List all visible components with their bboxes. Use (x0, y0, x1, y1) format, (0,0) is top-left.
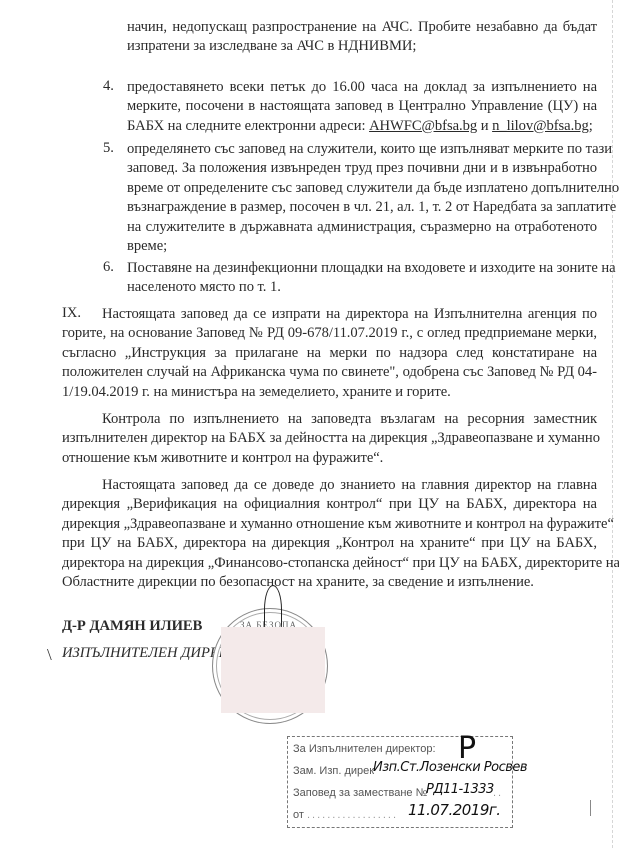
dotted-fill: .. (493, 787, 503, 799)
text-line: Областните дирекции по безопасност на хр… (62, 573, 597, 592)
section-ix-body: горите, на основание Заповед № РД 09-678… (62, 324, 597, 402)
dotted-fill: .................. (307, 809, 398, 821)
margin-mark (590, 800, 591, 816)
text-line: изпълнителен директор на БАБХ за дейност… (62, 429, 597, 448)
text-fragment: ; (589, 118, 593, 134)
text-fragment: и (477, 118, 492, 134)
item-3-continuation: начин, недопускащ разпространение на АЧС… (127, 18, 597, 57)
box-row-1: За Изпълнителен директор: (293, 743, 436, 755)
box-label: Зам. Изп. дирек (293, 765, 374, 777)
list-number-6: 6. (103, 259, 114, 276)
box-label: от (293, 809, 304, 821)
text-line: Настоящата заповед да се доведе до знани… (62, 476, 597, 495)
text-line: време от определените със заповед служит… (127, 179, 597, 198)
control-paragraph: Контрола по изпълнението на заповедта въ… (62, 410, 597, 468)
text-line: време; (127, 237, 597, 256)
text-line: отношение към животните и контрол на фур… (62, 449, 597, 468)
email-link-ahwfc[interactable]: AHWFC@bfsa.bg (369, 118, 477, 134)
box-row-2: Зам. Изп. дирек (293, 765, 374, 777)
text-line: горите, на основание Заповед № РД 09-678… (62, 324, 597, 343)
text-line: изпратени за изследване за АЧС в НДНИВМИ… (127, 37, 597, 56)
box-row-3: Заповед за заместване № (293, 787, 427, 799)
text-line: мерките, посочени в настоящата заповед в… (127, 97, 597, 116)
text-line: Поставяне на дезинфекционни площадки на … (127, 259, 597, 278)
text-line: директора на дирекция „Финансово-стопанс… (62, 554, 597, 573)
email-link-n-lilov[interactable]: n_lilov@bfsa.bg (492, 118, 589, 134)
text-line: при ЦУ на БАБХ, директора на дирекция „К… (62, 534, 597, 553)
scan-edge-line (612, 0, 613, 850)
box-label: За Изпълнителен директор: (293, 743, 436, 755)
section-ix-first-line: Настоящата заповед да се изпрати на дире… (102, 305, 597, 324)
text-line: дирекция „Здравеопазване и хуманно отнош… (62, 515, 597, 534)
text-line: съгласно „Инструкция за прилагане на мер… (62, 344, 597, 363)
text-fragment: БАБХ на следните електронни адреси: (127, 118, 369, 134)
text-line: определянето със заповед на служители, к… (127, 140, 597, 159)
text-line: предоставянето всеки петък до 16.00 часа… (127, 78, 597, 97)
handwritten-date: 11.07.2019г. (408, 801, 501, 819)
list-number-4: 4. (103, 78, 114, 95)
document-page: начин, недопускащ разпространение на АЧС… (0, 0, 619, 850)
signatory-name: Д-Р ДАМЯН ИЛИЕВ (62, 618, 202, 635)
text-line: населеното място по т. 1. (127, 278, 597, 297)
text-line: на служителите в държавната администраци… (127, 218, 597, 237)
pen-mark: \ (47, 645, 52, 665)
substitution-stamp-box: За Изпълнителен директор: P Зам. Изп. ди… (287, 736, 513, 828)
section-numeral-ix: IX. (62, 305, 81, 322)
list-item-4: предоставянето всеки петък до 16.00 часа… (127, 78, 597, 136)
signatory-title: ИЗПЪЛНИТЕЛЕН ДИРЕК (62, 645, 229, 662)
text-line: Настоящата заповед да се изпрати на дире… (102, 305, 597, 324)
handwritten-order-number: РД11-1333 (426, 782, 494, 797)
text-line: БАБХ на следните електронни адреси: AHWF… (127, 117, 597, 136)
text-line: положителен случай на Африканска чума по… (62, 363, 597, 382)
box-row-4: от .................. (293, 809, 398, 821)
list-item-5: определянето със заповед на служители, к… (127, 140, 597, 256)
box-dots: .. (493, 787, 503, 799)
text-line: дирекция „Верификация на официалния конт… (62, 495, 597, 514)
notify-paragraph: Настоящата заповед да се доведе до знани… (62, 476, 597, 592)
text-line: Контрола по изпълнението на заповедта въ… (62, 410, 597, 429)
list-item-6: Поставяне на дезинфекционни площадки на … (127, 259, 597, 298)
list-number-5: 5. (103, 140, 114, 157)
text-line: възнаграждение в размер, посочен в чл. 2… (127, 198, 597, 217)
text-line: 1/19.04.2019 г. на министъра на земедели… (62, 383, 597, 402)
redaction-box (221, 627, 325, 713)
text-line: заповед. За положения извънреден труд пр… (127, 159, 597, 178)
box-label: Заповед за заместване № (293, 787, 427, 799)
handwritten-deputy-name: Изп.Ст.Лозенски Росвев (373, 760, 527, 775)
text-line: начин, недопускащ разпространение на АЧС… (127, 18, 597, 37)
